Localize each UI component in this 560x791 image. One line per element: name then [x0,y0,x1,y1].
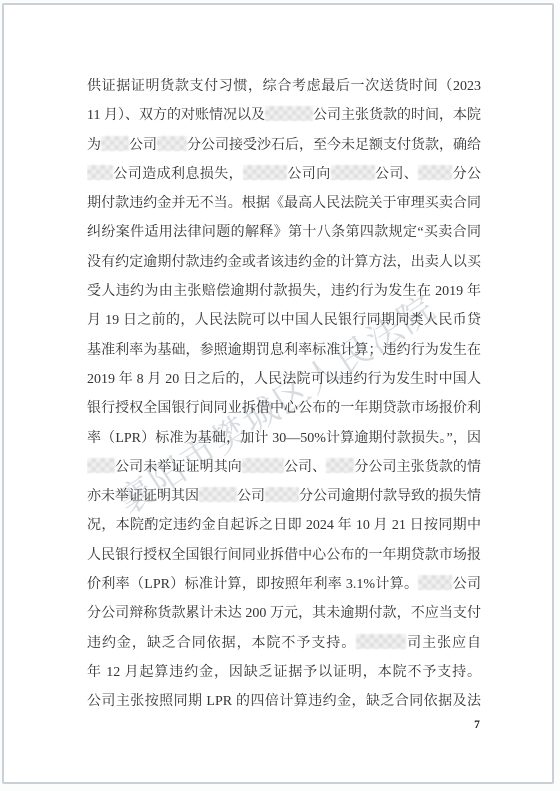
text-run: 公司、 [375,167,419,182]
text-run: 价利率（LPR）标准计算，即按照年利率 3.1%计算。 [87,577,418,592]
redaction-blur [326,458,354,473]
redaction-blur [265,106,313,121]
text-line: 人民银行授权全国银行间同业拆借中心公布的一年期贷款市场报 [87,541,481,570]
page-number: 7 [470,719,484,731]
text-run: 分公司辩称货款累计未达 200 万元，其未逾期付款，不应当支付 [87,606,481,621]
text-line: 年 12 月起算违约金，因缺乏证据予以证明，本院不予支持。 [87,658,481,687]
text-run: 亦未举证证明其因 [87,489,199,504]
text-run: 况，本院酌定违约金自起诉之日即 2024 年 10 月 21 日按同期中国 [87,518,481,540]
redaction-blur [87,165,113,180]
text-run: 违约金，缺乏合同依据，本院不予支持。 [87,636,356,651]
text-line: 供证据证明货款支付习惯，综合考虑最后一次送货时间（2023 年 [87,72,481,101]
text-run: 供证据证明货款支付习惯，综合考虑最后一次送货时间（2023 年 [87,79,481,101]
text-line: 受人违约为由主张赔偿逾期付款损失，违约行为发生在 2019 年 8 [87,277,481,306]
redaction-blur [101,136,129,151]
redaction-blur [418,165,452,180]
text-line: 况，本院酌定违约金自起诉之日即 2024 年 10 月 21 日按同期中国 [87,511,481,540]
redaction-blur [331,165,375,180]
text-run: 纠纷案件适用法律问题的解释》第十八条第四款规定“买卖合同 [87,225,481,240]
text-run: 公司 [129,138,157,153]
text-run: 为 [87,138,101,153]
redaction-blur [356,634,406,649]
text-run: 公司、 [284,460,326,475]
redaction-blur [157,136,187,151]
redaction-blur [265,487,299,502]
document-body: 供证据证明货款支付习惯，综合考虑最后一次送货时间（2023 年11 月）、双方的… [87,72,481,717]
document-canvas: 襄阳市樊城区人民法院 供证据证明货款支付习惯，综合考虑最后一次送货时间（2023… [0,0,560,791]
text-line: 率（LPR）标准为基础，加计 30—50%计算逾期付款损失。”，因 [87,424,481,453]
text-line: 11 月）、双方的对账情况以及公司主张货款的时间，本院认 [87,101,481,130]
text-line: 公司造成利息损失，公司向公司、分公司主张逾 [87,160,481,189]
text-run: 人民银行授权全国银行间同业拆借中心公布的一年期贷款市场报 [87,548,481,563]
redaction-blur [199,487,237,502]
text-run: 分公司逾期付款导致的损失情 [299,489,481,504]
text-run: 公司主张按照同期 LPR 的四倍计算违约金，缺乏合同依据及法律 [87,694,481,716]
text-run: 年 12 月起算违约金，因缺乏证据予以证明，本院不予支持。 [87,665,481,680]
text-line: 2019 年 8 月 20 日之后的，人民法院可以违约行为发生时中国人民 [87,365,481,394]
text-run: 公司造成利息损失， [113,167,243,182]
text-line: 违约金，缺乏合同依据，本院不予支持。司主张应自 2023 [87,629,481,658]
text-run: 受人违约为由主张赔偿逾期付款损失，违约行为发生在 2019 年 8 [87,284,481,306]
text-line: 月 19 日之前的，人民法院可以中国人民银行同期同类人民币贷款 [87,306,481,335]
text-run: 期付款违约金并无不当。根据《最高人民法院关于审理买卖合同 [87,196,481,211]
redaction-blur [418,575,452,590]
text-line: 基准利率为基础，参照逾期罚息利率标准计算；违约行为发生在 [87,336,481,365]
text-run: 公司向 [287,167,331,182]
text-line: 纠纷案件适用法律问题的解释》第十八条第四款规定“买卖合同 [87,218,481,247]
text-line: 亦未举证证明其因公司分公司逾期付款导致的损失情 [87,482,481,511]
text-run: 月 19 日之前的，人民法院可以中国人民银行同期同类人民币贷款 [87,313,481,335]
text-line: 公司主张按照同期 LPR 的四倍计算违约金，缺乏合同依据及法律 [87,687,481,716]
text-run: 公司 [452,577,481,592]
text-line: 公司未举证证明其向公司、分公司主张货款的情况， [87,453,481,482]
text-run: 11 月）、双方的对账情况以及 [87,108,265,123]
redaction-blur [87,458,115,473]
text-line: 银行授权全国银行间同业拆借中心公布的一年期贷款市场报价利 [87,394,481,423]
text-run: 没有约定逾期付款违约金或者该违约金的计算方法，出卖人以买 [87,255,481,270]
page-sheet: 襄阳市樊城区人民法院 供证据证明货款支付习惯，综合考虑最后一次送货时间（2023… [2,3,554,784]
text-run: 率（LPR）标准为基础，加计 30—50%计算逾期付款损失。”，因 [87,431,481,446]
text-line: 价利率（LPR）标准计算，即按照年利率 3.1%计算。公司 [87,570,481,599]
text-run: 银行授权全国银行间同业拆借中心公布的一年期贷款市场报价利 [87,401,481,416]
text-line: 为公司分公司接受沙石后，至今未足额支付货款，确给 [87,131,481,160]
text-line: 期付款违约金并无不当。根据《最高人民法院关于审理买卖合同 [87,189,481,218]
text-run: 公司未举证证明其向 [115,460,242,475]
text-line: 没有约定逾期付款违约金或者该违约金的计算方法，出卖人以买 [87,248,481,277]
text-run: 公司 [237,489,265,504]
redaction-blur [243,165,287,180]
text-line: 分公司辩称货款累计未达 200 万元，其未逾期付款，不应当支付 [87,599,481,628]
text-run: 分公司接受沙石后，至今未足额支付货款，确给 [187,138,481,153]
text-run: 基准利率为基础，参照逾期罚息利率标准计算；违约行为发生在 [87,343,481,358]
text-run: 2019 年 8 月 20 日之后的，人民法院可以违约行为发生时中国人民 [87,372,481,394]
redaction-blur [242,458,284,473]
